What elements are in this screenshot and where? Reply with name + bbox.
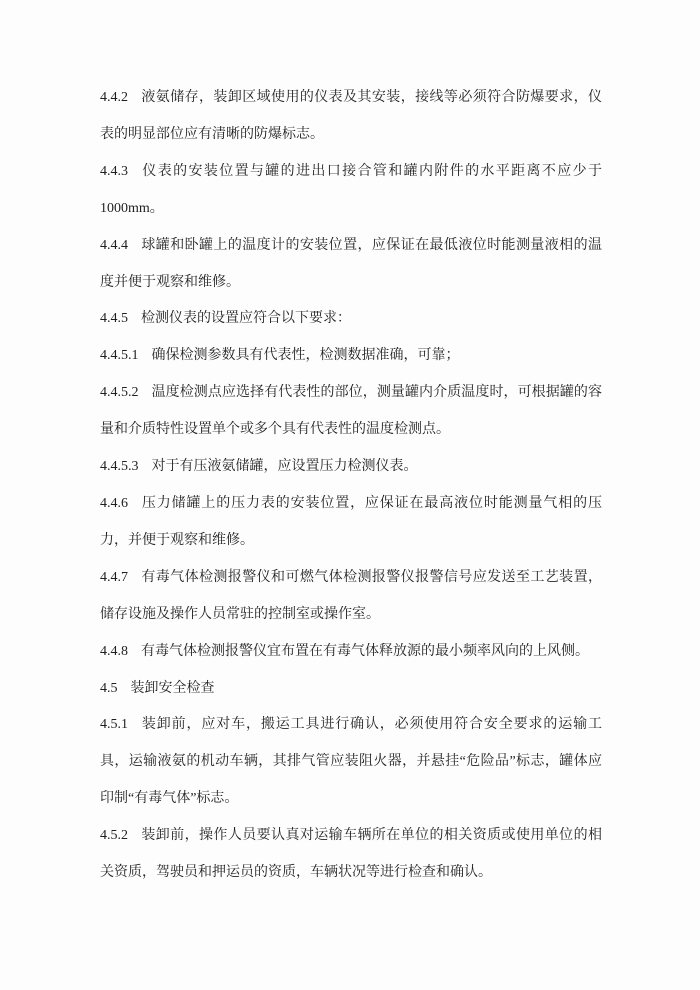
section-text: 有毒气体检测报警仪宜布置在有毒气体释放源的最小频率风向的上风侧。 bbox=[141, 644, 589, 659]
doc-paragraph: 4.4.5.3对于有压液氨储罐，应设置压力检测仪表。 bbox=[100, 449, 602, 486]
section-number: 4.4.5.2 bbox=[100, 385, 152, 400]
doc-paragraph: 4.4.5.2温度检测点应选择有代表性的部位，测量罐内介质温度时，可根据罐的容量… bbox=[100, 375, 602, 449]
section-text: 检测仪表的设置应符合以下要求： bbox=[141, 311, 351, 326]
section-number: 4.5.2 bbox=[100, 828, 141, 843]
doc-paragraph: 4.4.3仪表的安装位置与罐的进出口接合管和罐内附件的水平距离不应少于1000m… bbox=[100, 154, 602, 228]
section-number: 4.4.2 bbox=[100, 90, 141, 105]
doc-paragraph: 4.4.7有毒气体检测报警仪和可燃气体检测报警仪报警信号应发送至工艺装置，储存设… bbox=[100, 560, 602, 634]
doc-paragraph: 4.4.5检测仪表的设置应符合以下要求： bbox=[100, 301, 602, 338]
section-text: 温度检测点应选择有代表性的部位，测量罐内介质温度时，可根据罐的容量和介质特性设置… bbox=[100, 385, 602, 437]
section-text: 装卸前，操作人员要认真对运输车辆所在单位的相关资质或使用单位的相关资质，驾驶员和… bbox=[100, 828, 602, 880]
section-text: 球罐和卧罐上的温度计的安装位置，应保证在最低液位时能测量液相的温度并便于观察和维… bbox=[100, 238, 602, 290]
document-body: 4.4.2液氨储存，装卸区域使用的仪表及其安装，接线等必须符合防爆要求，仪表的明… bbox=[100, 80, 602, 892]
doc-paragraph: 4.4.8有毒气体检测报警仪宜布置在有毒气体释放源的最小频率风向的上风侧。 bbox=[100, 634, 602, 671]
section-number: 4.4.6 bbox=[100, 496, 141, 511]
document-page: 4.4.2液氨储存，装卸区域使用的仪表及其安装，接线等必须符合防爆要求，仪表的明… bbox=[0, 0, 700, 990]
doc-paragraph: 4.4.5.1确保检测参数具有代表性，检测数据准确，可靠； bbox=[100, 338, 602, 375]
section-number: 4.4.7 bbox=[100, 570, 141, 585]
section-number: 4.4.5.1 bbox=[100, 348, 152, 363]
section-number: 4.5 bbox=[100, 681, 131, 696]
section-number: 4.5.1 bbox=[100, 717, 141, 732]
section-text: 对于有压液氨储罐，应设置压力检测仪表。 bbox=[152, 459, 418, 474]
doc-paragraph: 4.4.2液氨储存，装卸区域使用的仪表及其安装，接线等必须符合防爆要求，仪表的明… bbox=[100, 80, 602, 154]
section-text: 液氨储存，装卸区域使用的仪表及其安装，接线等必须符合防爆要求，仪表的明显部位应有… bbox=[100, 90, 602, 142]
section-number: 4.4.8 bbox=[100, 644, 141, 659]
section-text: 有毒气体检测报警仪和可燃气体检测报警仪报警信号应发送至工艺装置，储存设施及操作人… bbox=[100, 570, 602, 622]
section-number: 4.4.4 bbox=[100, 238, 141, 253]
section-number: 4.4.5.3 bbox=[100, 459, 152, 474]
section-number: 4.4.3 bbox=[100, 164, 141, 179]
doc-paragraph: 4.4.4球罐和卧罐上的温度计的安装位置，应保证在最低液位时能测量液相的温度并便… bbox=[100, 228, 602, 302]
section-text: 仪表的安装位置与罐的进出口接合管和罐内附件的水平距离不应少于1000mm。 bbox=[100, 164, 602, 216]
section-text: 装卸安全检查 bbox=[131, 681, 215, 696]
section-text: 确保检测参数具有代表性，检测数据准确，可靠； bbox=[152, 348, 460, 363]
section-number: 4.4.5 bbox=[100, 311, 141, 326]
doc-paragraph: 4.4.6压力储罐上的压力表的安装位置，应保证在最高液位时能测量气相的压力，并便… bbox=[100, 486, 602, 560]
doc-paragraph: 4.5.1装卸前，应对车，搬运工具进行确认，必须使用符合安全要求的运输工具，运输… bbox=[100, 707, 602, 818]
section-text: 装卸前，应对车，搬运工具进行确认，必须使用符合安全要求的运输工具，运输液氨的机动… bbox=[100, 717, 602, 806]
doc-section-heading: 4.5装卸安全检查 bbox=[100, 671, 602, 708]
section-text: 压力储罐上的压力表的安装位置，应保证在最高液位时能测量气相的压力，并便于观察和维… bbox=[100, 496, 602, 548]
doc-paragraph: 4.5.2装卸前，操作人员要认真对运输车辆所在单位的相关资质或使用单位的相关资质… bbox=[100, 818, 602, 892]
